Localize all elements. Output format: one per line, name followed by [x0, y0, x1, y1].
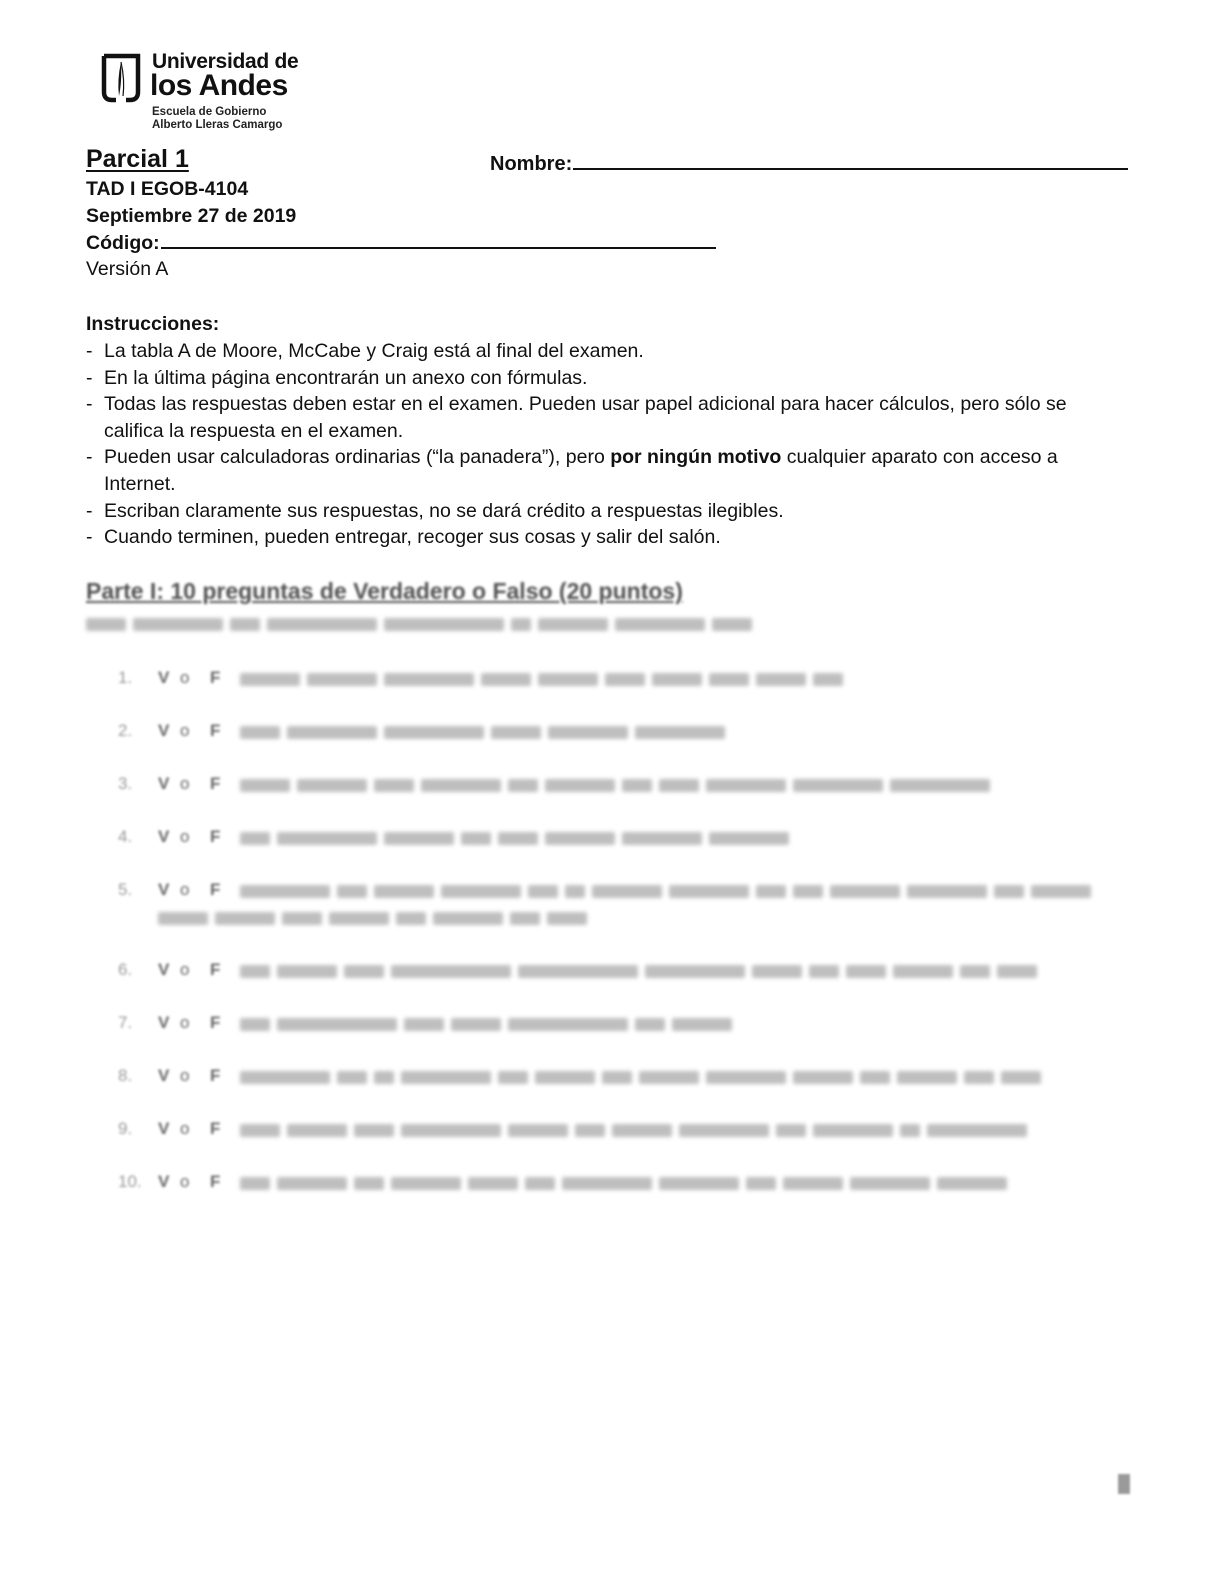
- true-option[interactable]: V: [158, 880, 169, 900]
- question-item: 6.VoF: [118, 960, 1128, 1013]
- instruction-item: -Cuando terminen, pueden entregar, recog…: [86, 524, 1096, 551]
- question-text-redacted: [240, 1175, 1014, 1190]
- question-item: 1.VoF: [118, 668, 1128, 721]
- university-crest-icon: [100, 52, 142, 104]
- question-item: 7.VoF: [118, 1013, 1128, 1066]
- bullet-dash: -: [86, 391, 93, 418]
- exam-page: Universidad de los Andes Escuela de Gobi…: [0, 0, 1224, 1584]
- logo-university-name-2: los Andes: [150, 69, 288, 103]
- false-option[interactable]: F: [210, 668, 220, 688]
- name-blank-line[interactable]: [573, 150, 1128, 170]
- student-code-label: Código:: [86, 232, 160, 254]
- question-number: 7.: [118, 1013, 148, 1033]
- false-option[interactable]: F: [210, 880, 220, 900]
- question-text-redacted: [240, 1069, 1048, 1084]
- question-number: 1.: [118, 668, 148, 688]
- part1-title: Parte I: 10 preguntas de Verdadero o Fal…: [86, 578, 683, 605]
- true-option[interactable]: V: [158, 1172, 169, 1192]
- option-separator: o: [180, 1066, 189, 1086]
- true-option[interactable]: V: [158, 774, 169, 794]
- question-number: 8.: [118, 1066, 148, 1086]
- option-separator: o: [180, 960, 189, 980]
- question-item: 10.VoF: [118, 1172, 1128, 1225]
- instruction-text: En la última página encontrarán un anexo…: [104, 367, 587, 389]
- instruction-text: Cuando terminen, pueden entregar, recoge…: [104, 526, 721, 548]
- part1-subtitle-redacted: [86, 616, 806, 632]
- question-item: 2.VoF: [118, 721, 1128, 774]
- option-separator: o: [180, 668, 189, 688]
- question-number: 3.: [118, 774, 148, 794]
- name-field[interactable]: Nombre:: [490, 150, 1128, 176]
- instructions-list: -La tabla A de Moore, McCabe y Craig est…: [86, 338, 1096, 551]
- bullet-dash: -: [86, 444, 93, 471]
- question-number: 4.: [118, 827, 148, 847]
- false-option[interactable]: F: [210, 1172, 220, 1192]
- option-separator: o: [180, 774, 189, 794]
- instruction-text: Pueden usar calculadoras ordinarias (“la…: [104, 446, 610, 468]
- question-item: 9.VoF: [118, 1119, 1128, 1172]
- instruction-item: -La tabla A de Moore, McCabe y Craig est…: [86, 338, 1096, 365]
- question-item: 8.VoF: [118, 1066, 1128, 1119]
- exam-title: Parcial 1: [86, 145, 189, 174]
- bullet-dash: -: [86, 498, 93, 525]
- question-text-redacted: [240, 963, 1044, 978]
- exam-version: Versión A: [86, 258, 168, 281]
- true-option[interactable]: V: [158, 1066, 169, 1086]
- logo-school-name: Escuela de Gobierno: [152, 106, 266, 118]
- false-option[interactable]: F: [210, 1066, 220, 1086]
- exam-date: Septiembre 27 de 2019: [86, 205, 296, 228]
- question-text-redacted: [240, 777, 997, 792]
- true-option[interactable]: V: [158, 668, 169, 688]
- option-separator: o: [180, 1119, 189, 1139]
- question-text-redacted: [240, 830, 796, 845]
- question-text-redacted: [240, 724, 732, 739]
- false-option[interactable]: F: [210, 1013, 220, 1033]
- student-code-field[interactable]: Código:: [86, 231, 716, 255]
- false-option[interactable]: F: [210, 774, 220, 794]
- university-logo: Universidad de los Andes Escuela de Gobi…: [100, 50, 300, 135]
- question-item: 5.VoF: [118, 880, 1128, 960]
- question-number: 6.: [118, 960, 148, 980]
- question-number: 2.: [118, 721, 148, 741]
- option-separator: o: [180, 721, 189, 741]
- instruction-emphasis: por ningún motivo: [610, 446, 781, 468]
- question-number: 10.: [118, 1172, 148, 1192]
- bullet-dash: -: [86, 338, 93, 365]
- question-text-redacted-line2: [158, 910, 594, 925]
- true-false-question-list: 1.VoF2.VoF3.VoF4.VoF5.VoF6.VoF7.VoF8.VoF…: [118, 668, 1128, 1225]
- instruction-text: Escriban claramente sus respuestas, no s…: [104, 500, 784, 522]
- bullet-dash: -: [86, 524, 93, 551]
- instructions-title: Instrucciones:: [86, 313, 219, 336]
- instruction-item: -Pueden usar calculadoras ordinarias (“l…: [86, 444, 1096, 497]
- true-option[interactable]: V: [158, 827, 169, 847]
- option-separator: o: [180, 827, 189, 847]
- question-text-redacted: [240, 1016, 739, 1031]
- false-option[interactable]: F: [210, 827, 220, 847]
- question-number: 9.: [118, 1119, 148, 1139]
- false-option[interactable]: F: [210, 1119, 220, 1139]
- instruction-item: -En la última página encontrarán un anex…: [86, 365, 1096, 392]
- true-option[interactable]: V: [158, 1013, 169, 1033]
- course-code: TAD I EGOB-4104: [86, 178, 248, 201]
- instruction-text: Todas las respuestas deben estar en el e…: [104, 393, 1067, 442]
- logo-school-name-2: Alberto Lleras Camargo: [152, 119, 282, 131]
- student-code-blank-line[interactable]: [161, 231, 716, 249]
- instruction-item: -Todas las respuestas deben estar en el …: [86, 391, 1096, 444]
- question-text-redacted: [240, 883, 1098, 898]
- question-text-redacted: [240, 671, 850, 686]
- instruction-item: -Escriban claramente sus respuestas, no …: [86, 498, 1096, 525]
- option-separator: o: [180, 1172, 189, 1192]
- false-option[interactable]: F: [210, 721, 220, 741]
- true-option[interactable]: V: [158, 721, 169, 741]
- bullet-dash: -: [86, 365, 93, 392]
- option-separator: o: [180, 880, 189, 900]
- page-number-redacted: [1118, 1474, 1130, 1494]
- question-text-redacted: [240, 1122, 1034, 1137]
- option-separator: o: [180, 1013, 189, 1033]
- question-item: 4.VoF: [118, 827, 1128, 880]
- question-number: 5.: [118, 880, 148, 900]
- name-label: Nombre:: [490, 153, 572, 175]
- instruction-text: La tabla A de Moore, McCabe y Craig está…: [104, 340, 644, 362]
- false-option[interactable]: F: [210, 960, 220, 980]
- question-item: 3.VoF: [118, 774, 1128, 827]
- true-option[interactable]: V: [158, 960, 169, 980]
- true-option[interactable]: V: [158, 1119, 169, 1139]
